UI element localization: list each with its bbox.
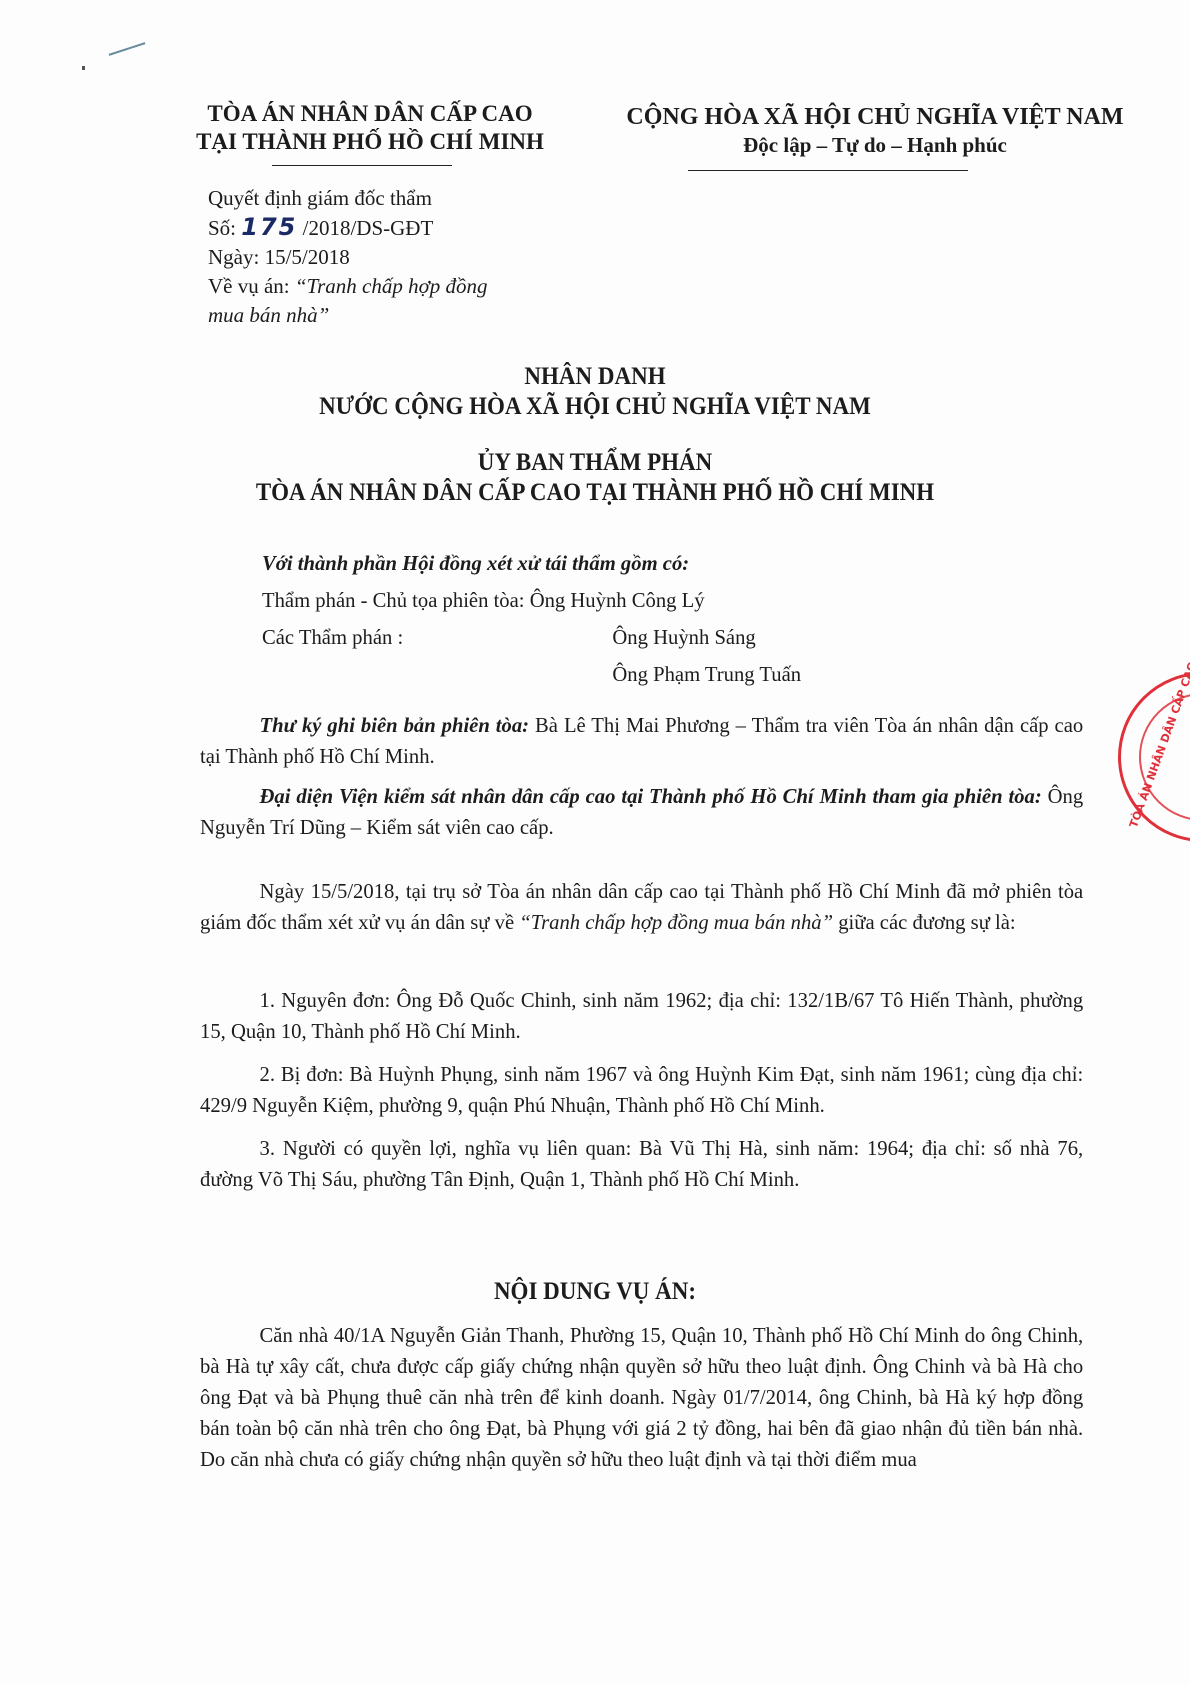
title-nhan-danh: NHÂN DANH — [48, 362, 1143, 392]
scan-mark — [82, 66, 85, 70]
header-left-underline — [272, 165, 452, 166]
handwritten-number: 175 — [241, 213, 297, 241]
scan-mark — [109, 42, 146, 56]
court-name-header: TÒA ÁN NHÂN DÂN CẤP CAO TẠI THÀNH PHỐ HỒ… — [170, 100, 570, 156]
parties-list: 1. Nguyên đơn: Ông Đỗ Quốc Chinh, sinh n… — [200, 985, 1083, 1195]
title-committee: ỦY BAN THẨM PHÁN — [48, 448, 1143, 478]
party-defendant: 2. Bị đơn: Bà Huỳnh Phụng, sinh năm 1967… — [200, 1059, 1083, 1121]
presiding-judge: Thẩm phán - Chủ tọa phiên tòa: Ông Huỳnh… — [262, 585, 1107, 616]
case-subject-cont: mua bán nhà” — [208, 301, 488, 330]
panel-section: Với thành phần Hội đồng xét xử tái thẩm … — [262, 548, 1142, 690]
decision-date: Ngày: 15/5/2018 — [208, 243, 488, 272]
decision-meta: Quyết định giám đốc thẩm Số: 175 /2018/D… — [208, 184, 488, 330]
court-name-line2: TẠI THÀNH PHỐ HỒ CHÍ MINH — [170, 128, 570, 156]
title-court: TÒA ÁN NHÂN DÂN CẤP CAO TẠI THÀNH PHỐ HỒ… — [48, 478, 1143, 508]
header-right-underline — [688, 170, 968, 171]
party-related: 3. Người có quyền lợi, nghĩa vụ liên qua… — [200, 1133, 1083, 1195]
intro-paragraph: Ngày 15/5/2018, tại trụ sở Tòa án nhân d… — [200, 876, 1083, 938]
title-block: NHÂN DANH NƯỚC CỘNG HÒA XÃ HỘI CHỦ NGHĨA… — [0, 362, 1190, 508]
motto: Độc lập – Tự do – Hạnh phúc — [600, 131, 1150, 159]
title-country: NƯỚC CỘNG HÒA XÃ HỘI CHỦ NGHĨA VIỆT NAM — [48, 392, 1143, 422]
decision-number: Số: 175 /2018/DS-GĐT — [208, 213, 488, 243]
case-content-heading: NỘI DUNG VỤ ÁN: — [48, 1277, 1143, 1307]
case-content-body: Căn nhà 40/1A Nguyễn Giản Thanh, Phường … — [200, 1320, 1083, 1475]
case-subject: Về vụ án: “Tranh chấp hợp đồng — [208, 272, 488, 301]
clerk-paragraph: Thư ký ghi biên bản phiên tòa: Bà Lê Thị… — [200, 710, 1083, 843]
case-content-heading-wrap: NỘI DUNG VỤ ÁN: — [0, 1277, 1190, 1307]
panel-heading: Với thành phần Hội đồng xét xử tái thẩm … — [262, 548, 1107, 579]
clerk-label: Thư ký ghi biên bản phiên tòa: — [260, 713, 530, 737]
procuracy-label: Đại diện Viện kiểm sát nhân dân cấp cao … — [260, 784, 1042, 808]
court-name-line1: TÒA ÁN NHÂN DÂN CẤP CAO — [170, 100, 570, 128]
court-seal-stamp: TÒA ÁN NHÂN DÂN CẤP CAO — [1118, 672, 1190, 842]
party-plaintiff: 1. Nguyên đơn: Ông Đỗ Quốc Chinh, sinh n… — [200, 985, 1083, 1047]
national-motto-header: CỘNG HÒA XÃ HỘI CHỦ NGHĨA VIỆT NAM Độc l… — [600, 103, 1150, 159]
country-name: CỘNG HÒA XÃ HỘI CHỦ NGHĨA VIỆT NAM — [600, 103, 1150, 131]
decision-type: Quyết định giám đốc thẩm — [208, 184, 488, 213]
judges-row: Các Thẩm phán : Ông Huỳnh Sáng — [262, 622, 1107, 653]
judge-2: Ông Phạm Trung Tuấn — [262, 659, 1107, 690]
